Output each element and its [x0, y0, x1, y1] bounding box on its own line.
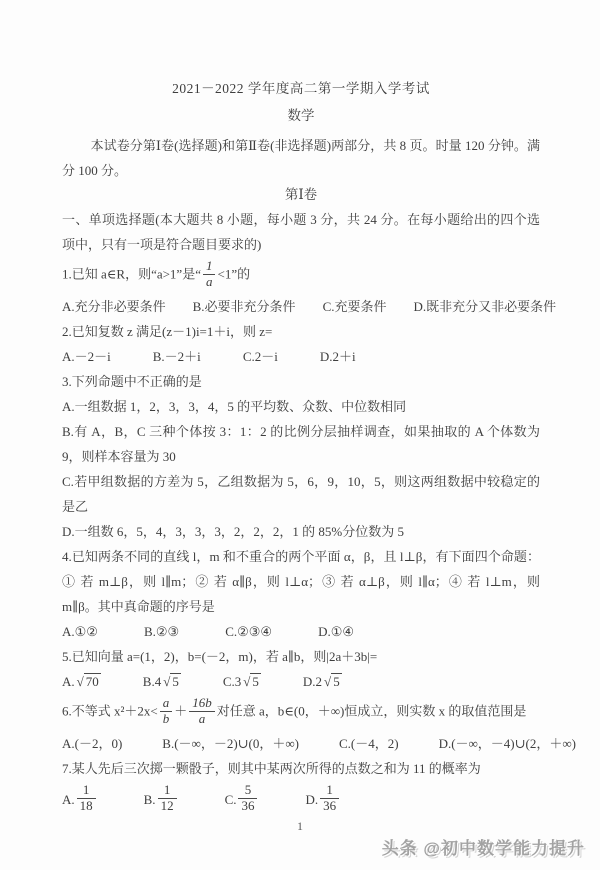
fraction: 1a — [203, 259, 216, 290]
question-1-stem-pre: 1.已知 a∈R，则“a>1”是“ — [62, 266, 201, 281]
exam-title: 2021－2022 学年度高二第一学期入学考试 — [62, 80, 540, 98]
option-c: C.2－i — [243, 344, 278, 369]
question-7-options: A.118 B.112 C.536 D.136 — [62, 781, 540, 818]
option-c: C.若甲组数据的方差为 5，乙组数据为 5，6，9，10，5，则这两组数据中较稳… — [62, 469, 540, 519]
option-a: A.①② — [62, 619, 98, 644]
option-a: A.充分非必要条件 — [62, 294, 166, 319]
question-6-stem-post: 对任意 a，b∈(0，＋∞)恒成立，则实数 x 的取值范围是 — [217, 703, 527, 718]
plus-sign: ＋ — [174, 703, 187, 718]
watermark: 头条 @初中数学能力提升 — [382, 836, 585, 861]
fraction-denominator: 18 — [77, 798, 96, 814]
fraction: 118 — [77, 783, 96, 814]
option-label: B. — [144, 787, 156, 812]
question-7-stem: 7.某人先后三次掷一颗骰子，则其中某两次所得的点数之和为 11 的概率为 — [62, 756, 540, 781]
question-4: 4.已知两条不同的直线 l，m 和不重合的两个平面 α，β，且 l⊥β，有下面四… — [62, 544, 540, 644]
question-2-options: A.－2－i B.－2＋i C.2－i D.2＋i — [62, 344, 540, 369]
option-b: B.4√5 — [143, 669, 181, 694]
question-4-stem: 4.已知两条不同的直线 l，m 和不重合的两个平面 α，β，且 l⊥β，有下面四… — [62, 544, 540, 619]
option-label: D. — [303, 669, 316, 694]
option-label: A. — [62, 669, 75, 694]
option-a: A.一组数据 1，2，3，3，4，5 的平均数、众数、中位数相同 — [62, 394, 540, 419]
option-label: C. — [223, 669, 235, 694]
option-d: D.一组数 6，5，4，3，3，3，2，2，2，1 的 85%分位数为 5 — [62, 519, 540, 544]
coefficient: 3 — [235, 669, 242, 694]
option-b: B.－2＋i — [153, 344, 201, 369]
option-label: A. — [62, 787, 75, 812]
fraction-denominator: 12 — [158, 798, 177, 814]
fraction-denominator: a — [189, 711, 215, 727]
option-d: D.2√5 — [303, 669, 342, 694]
coefficient: 4 — [155, 669, 162, 694]
fraction-numerator: 5 — [238, 783, 257, 798]
option-d: D.2＋i — [320, 344, 356, 369]
exam-intro: 本试卷分第Ⅰ卷(选择题)和第Ⅱ卷(非选择题)两部分，共 8 页。时量 120 分… — [62, 133, 540, 183]
fraction-denominator: a — [203, 274, 216, 290]
question-5-stem: 5.已知向量 a=(1，2)，b=(－2，m)，若 a∥b，则|2a＋3b|= — [62, 644, 540, 669]
question-4-options: A.①② B.②③ C.②③④ D.①④ — [62, 619, 540, 644]
option-d: D.①④ — [318, 619, 354, 644]
fraction: 16ba — [189, 696, 215, 727]
option-a: A.－2－i — [62, 344, 111, 369]
option-a: A.√70 — [62, 669, 101, 694]
question-2-stem: 2.已知复数 z 满足(z－1)i=1＋i，则 z= — [62, 319, 540, 344]
option-label: C. — [225, 787, 237, 812]
exam-page: 2021－2022 学年度高二第一学期入学考试 数学 本试卷分第Ⅰ卷(选择题)和… — [0, 0, 600, 870]
section-instruction: 一、单项选择题(本大题共 8 小题，每小题 3 分，共 24 分。在每小题给出的… — [62, 207, 540, 257]
question-3-stem: 3.下列命题中不正确的是 — [62, 369, 540, 394]
sqrt-sign: √ — [77, 669, 84, 694]
option-d: D.(－∞，－4)∪(2，＋∞) — [439, 731, 576, 756]
option-c: C.②③④ — [225, 619, 272, 644]
fraction-denominator: 36 — [320, 798, 339, 814]
option-b: B.②③ — [144, 619, 179, 644]
section-heading: 第Ⅰ卷 — [62, 186, 540, 204]
question-6-options: A.(－2，0) B.(－∞，－2)∪(0，＋∞) C.(－4，2) D.(－∞… — [62, 731, 540, 756]
option-d: D.既非充分又非必要条件 — [413, 294, 556, 319]
radicand: 5 — [331, 673, 342, 690]
page-number: 1 — [0, 819, 600, 833]
question-3: 3.下列命题中不正确的是 A.一组数据 1，2，3，3，4，5 的平均数、众数、… — [62, 369, 540, 544]
question-2: 2.已知复数 z 满足(z－1)i=1＋i，则 z= A.－2－i B.－2＋i… — [62, 319, 540, 369]
option-c: C.充要条件 — [323, 294, 387, 319]
question-1-options: A.充分非必要条件 B.必要非充分条件 C.充要条件 D.既非充分又非必要条件 — [62, 294, 540, 319]
sqrt-sign: √ — [163, 669, 170, 694]
option-a: A.118 — [62, 781, 98, 818]
question-1-stem-post: <1”的 — [217, 266, 250, 281]
option-b: B.必要非充分条件 — [193, 294, 296, 319]
radicand: 5 — [170, 673, 181, 690]
fraction: ab — [160, 696, 173, 727]
fraction-numerator: 1 — [203, 259, 216, 274]
fraction-denominator: 36 — [238, 798, 257, 814]
question-5: 5.已知向量 a=(1，2)，b=(－2，m)，若 a∥b，则|2a＋3b|= … — [62, 644, 540, 694]
fraction: 136 — [320, 783, 339, 814]
fraction: 536 — [238, 783, 257, 814]
question-1: 1.已知 a∈R，则“a>1”是“1a<1”的 A.充分非必要条件 B.必要非充… — [62, 257, 540, 319]
question-6-stem-pre: 6.不等式 x²＋2x< — [62, 703, 158, 718]
question-7: 7.某人先后三次掷一颗骰子，则其中某两次所得的点数之和为 11 的概率为 A.1… — [62, 756, 540, 818]
question-6-stem: 6.不等式 x²＋2x<ab＋16ba对任意 a，b∈(0，＋∞)恒成立，则实数… — [62, 694, 540, 731]
option-c: C.536 — [225, 781, 260, 818]
question-6: 6.不等式 x²＋2x<ab＋16ba对任意 a，b∈(0，＋∞)恒成立，则实数… — [62, 694, 540, 756]
fraction-denominator: b — [160, 711, 173, 727]
option-c: C.(－4，2) — [339, 731, 399, 756]
fraction-numerator: 1 — [77, 783, 96, 798]
fraction: 112 — [158, 783, 177, 814]
fraction-numerator: a — [160, 696, 173, 711]
option-b: B.(－∞，－2)∪(0，＋∞) — [162, 731, 299, 756]
question-5-options: A.√70 B.4√5 C.3√5 D.2√5 — [62, 669, 540, 694]
option-d: D.136 — [305, 781, 341, 818]
radicand: 5 — [250, 673, 261, 690]
option-b: B.112 — [144, 781, 179, 818]
question-1-stem: 1.已知 a∈R，则“a>1”是“1a<1”的 — [62, 257, 540, 294]
fraction-numerator: 16b — [189, 696, 215, 711]
sqrt-sign: √ — [243, 669, 250, 694]
fraction-numerator: 1 — [320, 783, 339, 798]
option-b: B.有 A，B，C 三种个体按 3：1：2 的比例分层抽样调查，如果抽取的 A … — [62, 419, 540, 469]
option-c: C.3√5 — [223, 669, 261, 694]
fraction-numerator: 1 — [158, 783, 177, 798]
exam-subject: 数学 — [62, 107, 540, 125]
option-label: B. — [143, 669, 155, 694]
radicand: 70 — [84, 673, 101, 690]
coefficient: 2 — [316, 669, 323, 694]
option-label: D. — [305, 787, 318, 812]
sqrt-sign: √ — [324, 669, 331, 694]
option-a: A.(－2，0) — [62, 731, 122, 756]
